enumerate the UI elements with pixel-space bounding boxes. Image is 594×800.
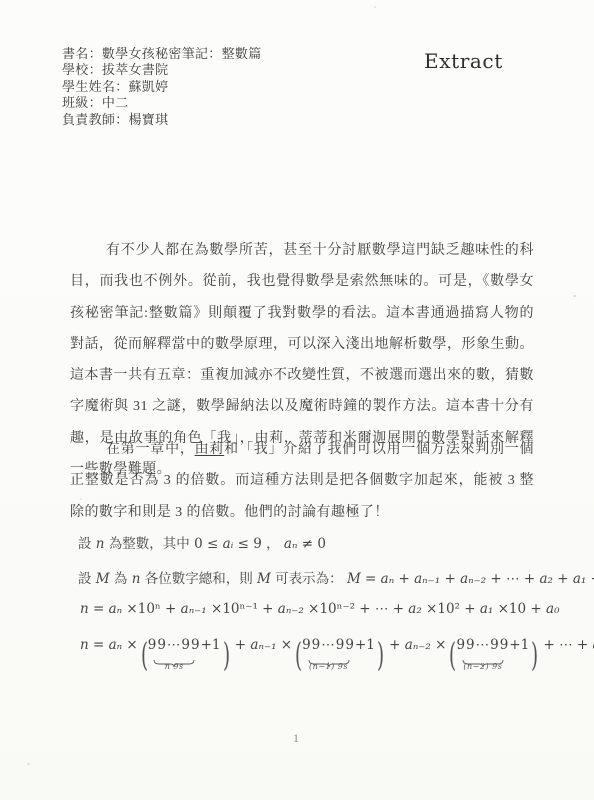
scan-speckle xyxy=(573,295,576,297)
formula-domain-line: 設 n 為整數，其中 0 ≤ aᵢ ≤ 9 ， aₙ ≠ 0 xyxy=(78,532,326,552)
right-paren: ) xyxy=(377,638,382,672)
page-number: 1 xyxy=(293,731,299,746)
underbrace-icon xyxy=(462,655,504,662)
underbrace-icon xyxy=(308,655,350,662)
p2-prefix-text: 在第一章中， xyxy=(106,442,195,457)
right-paren: ) xyxy=(531,638,536,672)
brace-group-n-1: ( 99⋯99 +1 ) (n−1) 9s xyxy=(293,636,384,673)
header-block: 書名：數學女孩秘密筆記：整數篇 學校：拔萃女書院 學生姓名：蘇凱婷 班級：中二 … xyxy=(62,46,262,128)
header-line-teacher: 負責教師：楊寶琪 xyxy=(62,112,262,128)
brace-group-n: ( 99⋯99 +1 ) n 9s xyxy=(139,636,230,673)
p2-underlined-name: 由莉 xyxy=(195,442,225,457)
scan-speckle xyxy=(80,498,82,500)
paragraph-chapter-one: 在第一章中，由莉和「我」介紹了我們可以用一個方法來判別一個正整數是否為 3 的倍… xyxy=(70,434,534,528)
header-line-student-name: 學生姓名：蘇凱婷 xyxy=(62,79,262,95)
formula-connector: + aₙ₋₁ × xyxy=(231,636,293,655)
nines-text: 99⋯99 xyxy=(456,636,509,655)
nines-text: 99⋯99 xyxy=(302,636,355,655)
brace-group-n-2: ( 99⋯99 +1 ) (n−2) 9s xyxy=(447,636,538,673)
left-paren: ( xyxy=(449,638,454,672)
header-line-book-title: 書名：數學女孩秘密筆記：整數篇 xyxy=(62,46,262,62)
left-paren: ( xyxy=(295,638,300,672)
formula-tail: + ⋯ + a₂ ×(99+1) + a₁ ×(9+1) + a₀ xyxy=(539,636,594,655)
scan-speckle xyxy=(27,763,30,765)
plus-one-text: +1 xyxy=(355,636,375,655)
formula-nines-line: n = aₙ × ( 99⋯99 +1 ) n 9s + aₙ₋₁ × ( 99… xyxy=(80,636,594,673)
extract-label: Extract xyxy=(424,49,503,73)
brace-count-label: (n−1) 9s xyxy=(309,662,348,671)
right-paren: ) xyxy=(223,638,228,672)
plus-one-text: +1 xyxy=(201,636,221,655)
scanned-document-page: 書名：數學女孩秘密筆記：整數篇 學校：拔萃女書院 學生姓名：蘇凱婷 班級：中二 … xyxy=(0,0,594,800)
left-paren: ( xyxy=(141,638,146,672)
header-line-class: 班級：中二 xyxy=(62,95,262,111)
header-line-school: 學校：拔萃女書院 xyxy=(62,62,262,78)
formula-expansion-line: n = aₙ ×10ⁿ + aₙ₋₁ ×10ⁿ⁻¹ + aₙ₋₂ ×10ⁿ⁻² … xyxy=(80,601,559,617)
brace-count-label: (n−2) 9s xyxy=(463,662,502,671)
plus-one-text: +1 xyxy=(509,636,529,655)
formula-connector: + aₙ₋₂ × xyxy=(385,636,447,655)
underbrace-icon xyxy=(153,655,195,662)
scan-speckle xyxy=(374,6,376,8)
formula-digit-sum-line: 設 M 為 n 各位數字總和，則 M 可表示為： M = aₙ + aₙ₋₁ +… xyxy=(78,567,594,587)
brace-count-label: n 9s xyxy=(165,662,184,671)
formula-lead: n = aₙ × xyxy=(80,636,138,655)
nines-text: 99⋯99 xyxy=(148,636,201,655)
